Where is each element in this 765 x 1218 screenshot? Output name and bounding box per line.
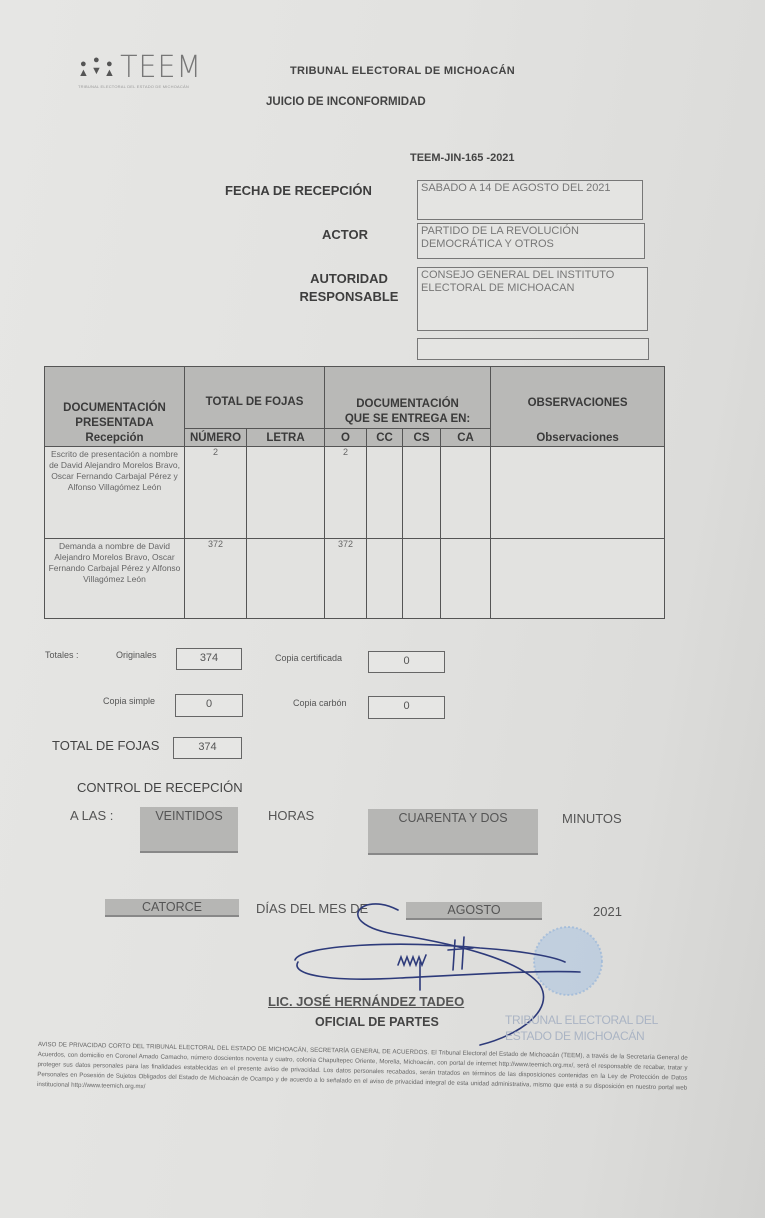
- signatory-name: LIC. JOSÉ HERNÁNDEZ TADEO: [268, 994, 464, 1009]
- document-page: ●●● ▲▼▲ TEEM TRIBUNAL ELECTORAL DEL ESTA…: [0, 0, 765, 1218]
- stamp-text: TRIBUNAL ELECTORAL DEL ESTADO DE MICHOAC…: [505, 1012, 658, 1044]
- official-seal-icon: [534, 927, 602, 995]
- signatory-role: OFICIAL DE PARTES: [315, 1015, 439, 1029]
